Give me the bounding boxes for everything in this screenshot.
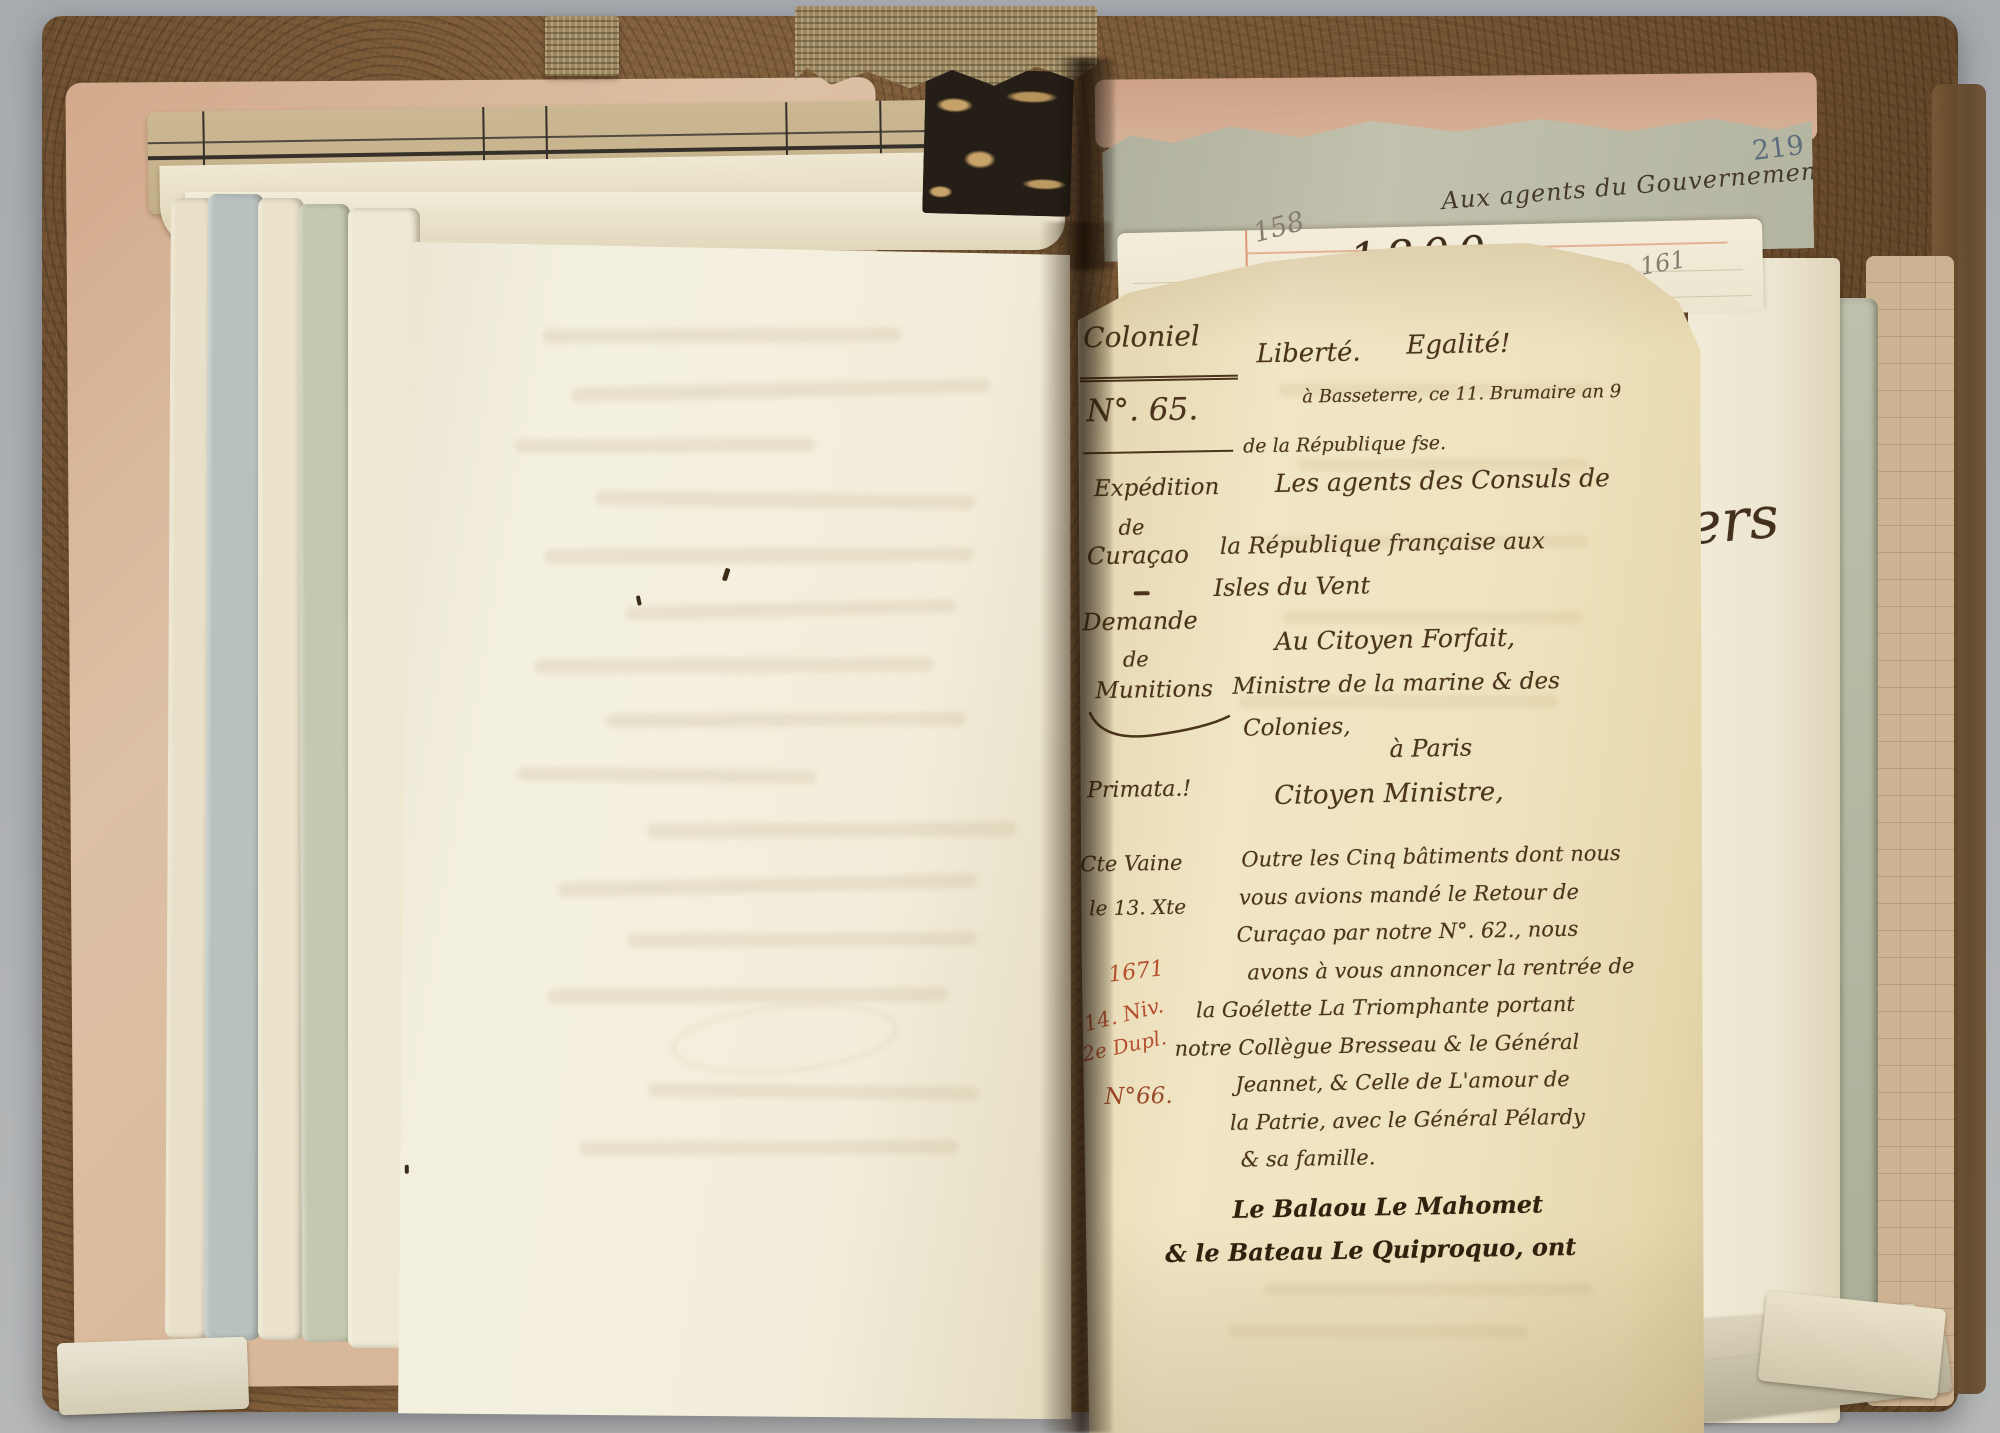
margin-demande-3: Munitions	[1095, 678, 1213, 703]
heading-egalite: Egalité!	[1406, 331, 1510, 359]
bleedthrough-line	[557, 873, 977, 898]
margin-flourish-brace	[1084, 704, 1235, 747]
dateline-2: de la République fse.	[1243, 434, 1446, 457]
margin-number: N°. 65.	[1086, 394, 1198, 427]
ink-speck	[722, 568, 731, 582]
gov-note-line: Aux agents du Gouvernement	[1441, 158, 1829, 213]
bleedthrough-oval	[668, 994, 901, 1083]
overleaf-page: liers	[1688, 258, 1840, 1423]
margin-series: Coloniel	[1083, 322, 1200, 352]
recipient-line-1: Au Citoyen Forfait,	[1274, 625, 1515, 654]
margin-red-number: N°66.	[1104, 1085, 1173, 1109]
margin-red-year: 1671	[1107, 958, 1165, 987]
body-line: notre Collègue Bresseau & le Général	[1174, 1032, 1579, 1060]
page-edge-strip-green	[298, 204, 354, 1342]
archival-manuscript-photo: Aux agents du Gouvernement 219 1800 161	[0, 0, 2000, 1433]
margin-primata: Primata.!	[1087, 778, 1191, 802]
page-edge-strip	[258, 198, 304, 1340]
page-number-pencil-hidden: 161	[1638, 247, 1687, 279]
ink-speck	[636, 595, 642, 606]
left-page-blank	[392, 231, 1076, 1423]
body-line: avons à vous annoncer la rentrée de	[1247, 956, 1634, 984]
body-line: & sa famille.	[1240, 1147, 1375, 1170]
bleedthrough-line	[542, 327, 902, 344]
recipient-line-3: Colonies,	[1243, 716, 1351, 741]
page-number-blue-crayon: 219	[1751, 132, 1805, 165]
body-line: Jeannet, & Celle de L'amour de	[1235, 1069, 1570, 1096]
body-line: Curaçao par notre N°. 62., nous	[1236, 919, 1578, 946]
margin-received-1: Cte Vaine	[1080, 853, 1182, 876]
margin-expedition-3: Curaçao	[1087, 542, 1189, 568]
bleedthrough-line	[534, 657, 934, 674]
address-line-3: Isles du Vent	[1213, 573, 1370, 600]
salutation: Citoyen Ministre,	[1274, 779, 1504, 809]
bleedthrough-line	[548, 987, 948, 1004]
bleedthrough-line	[606, 712, 966, 728]
spine-top-shadow	[1058, 58, 1114, 270]
bleedthrough-line	[517, 767, 817, 785]
bleedthrough-line	[571, 378, 991, 403]
ink-speck	[405, 1165, 409, 1174]
dateline-1: à Basseterre, ce 11. Brumaire an 9	[1302, 383, 1621, 407]
burlap-cloth-small	[545, 16, 619, 76]
margin-received-2: le 13. Xte	[1089, 897, 1186, 919]
recipient-line-2: Ministre de la marine & des	[1232, 670, 1560, 699]
margin-number-underline	[1083, 450, 1233, 455]
bleedthrough-line	[544, 547, 974, 564]
closing-line-2: & le Bateau Le Quiproquo, ont	[1165, 1235, 1577, 1266]
heading-liberte: Liberté.	[1256, 339, 1361, 367]
margin-expedition-2: de	[1118, 517, 1144, 538]
recipient-line-4: à Paris	[1389, 736, 1472, 761]
bleedthrough-line	[647, 822, 1017, 839]
bleedthrough-line	[648, 1083, 978, 1101]
margin-dash	[1134, 591, 1150, 595]
body-line: la Goélette La Triomphante portant	[1196, 994, 1575, 1022]
margin-series-underline	[1080, 368, 1238, 383]
bleedthrough-line	[579, 1140, 959, 1156]
bleedthrough-line	[626, 599, 956, 620]
address-line-2: la République française aux	[1220, 530, 1545, 559]
margin-expedition-1: Expédition	[1094, 476, 1220, 501]
bleedthrough-line	[628, 932, 978, 948]
margin-demande-1: Demande	[1082, 608, 1198, 634]
body-line: la Patrie, avec le Général Pélardy	[1230, 1107, 1585, 1134]
page-edge-strip-blue	[204, 194, 264, 1340]
torn-paper-bottom-left	[57, 1337, 249, 1416]
tan-grid-paper-right	[1866, 256, 1954, 1406]
bleedthrough-line	[595, 490, 975, 510]
address-line-1: Les agents des Consuls de	[1275, 465, 1611, 496]
marbled-paper-board	[922, 68, 1074, 217]
bleedthrough-line	[515, 438, 815, 454]
crumpled-paper	[1758, 1291, 1946, 1399]
manuscript-text: Coloniel N°. 65. Expédition de Curaçao D…	[1068, 238, 1715, 1433]
right-page-manuscript: Coloniel N°. 65. Expédition de Curaçao D…	[1078, 243, 1704, 1433]
body-line: Outre les Cinq bâtiments dont nous	[1241, 843, 1621, 871]
body-line: vous avions mandé le Retour de	[1239, 882, 1579, 909]
margin-demande-2: de	[1123, 649, 1149, 670]
closing-line-1: Le Balaou Le Mahomet	[1232, 1192, 1543, 1221]
